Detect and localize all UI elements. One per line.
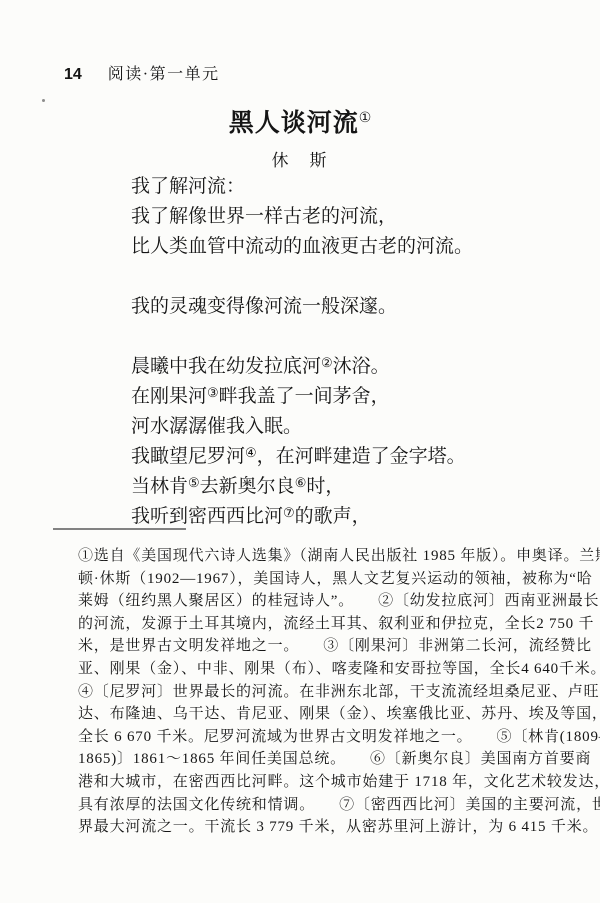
poem-line: 河水潺潺催我入眠。 — [131, 412, 473, 442]
poem-title: 黑人谈河流① — [0, 100, 600, 140]
poem-author: 休 斯 — [0, 146, 600, 171]
footnote-line: ①选自《美国现代六诗人选集》（湖南人民出版社 1985 年版）。申奥译。兰斯 — [78, 545, 583, 568]
poem-title-text: 黑人谈河流 — [229, 109, 359, 137]
footnotes: ①选自《美国现代六诗人选集》（湖南人民出版社 1985 年版）。申奥译。兰斯顿·… — [78, 545, 583, 839]
footnote-line: 顿·休斯（1902—1967），美国诗人，黑人文艺复兴运动的领袖，被称为“哈 — [78, 568, 583, 591]
footnote-line: 1865)〕1861～1865 年间任美国总统。 ⑥〔新奥尔良〕美国南方首要商 — [78, 748, 583, 771]
page-header: 14 阅读·第一单元 — [64, 61, 220, 84]
footnote-line: 界最大河流之一。干流长 3 779 千米，从密苏里河上游计，为 6 415 千米… — [78, 816, 583, 839]
footnote-line: 港和大城市，在密西西比河畔。这个城市始建于 1718 年，文化艺术较发达， — [78, 771, 583, 794]
poem-line: 比人类血管中流动的血液更古老的河流。 — [131, 232, 473, 262]
poem-body: 我了解河流：我了解像世界一样古老的河流，比人类血管中流动的血液更古老的河流。我的… — [131, 172, 473, 532]
poem-line: 当林肯⑤去新奥尔良⑥时， — [131, 472, 473, 502]
footnote-line: 米，是世界古文明发祥地之一。 ③〔刚果河〕非洲第二长河，流经赞比 — [78, 635, 583, 658]
poem-stanza: 我了解河流：我了解像世界一样古老的河流，比人类血管中流动的血液更古老的河流。 — [131, 172, 473, 262]
footnote-line: ④〔尼罗河〕世界最长的河流。在非洲东北部，干支流流经坦桑尼亚、卢旺 — [78, 681, 583, 704]
footnote-separator — [53, 528, 186, 530]
title-note-ref: ① — [359, 109, 372, 125]
poem-stanza: 我的灵魂变得像河流一般深邃。 — [131, 292, 473, 322]
poem-line: 在刚果河③畔我盖了一间茅舍， — [131, 382, 473, 412]
poem-line: 晨曦中我在幼发拉底河②沐浴。 — [131, 352, 473, 382]
footnote-line: 莱姆（纽约黑人聚居区）的桂冠诗人”。 ②〔幼发拉底河〕西南亚洲最长 — [78, 590, 583, 613]
footnote-line: 具有浓厚的法国文化传统和情调。 ⑦〔密西西比河〕美国的主要河流，世 — [78, 794, 583, 817]
footnote-line: 达、布隆迪、乌干达、肯尼亚、刚果（金）、埃塞俄比亚、苏丹、埃及等国， — [78, 703, 583, 726]
page-number: 14 — [64, 66, 82, 84]
poem-stanza: 晨曦中我在幼发拉底河②沐浴。在刚果河③畔我盖了一间茅舍，河水潺潺催我入眠。我瞰望… — [131, 352, 473, 532]
poem-line: 我了解像世界一样古老的河流， — [131, 202, 473, 232]
footnote-line: 的河流，发源于土耳其境内，流经土耳其、叙利亚和伊拉克，全长2 750 千 — [78, 613, 583, 636]
footnote-line: 亚、刚果（金）、中非、刚果（布）、喀麦隆和安哥拉等国，全长4 640千米。 — [78, 658, 583, 681]
poem-line: 我了解河流： — [131, 172, 473, 202]
section-title: 阅读·第一单元 — [108, 61, 220, 84]
footnote-line: 全长 6 670 千米。尼罗河流域为世界古文明发祥地之一。 ⑤〔林肯(1809— — [78, 726, 583, 749]
poem-line: 我瞰望尼罗河④，在河畔建造了金字塔。 — [131, 442, 473, 472]
poem-line: 我的灵魂变得像河流一般深邃。 — [131, 292, 473, 322]
textbook-page: 14 阅读·第一单元 黑人谈河流① 休 斯 我了解河流：我了解像世界一样古老的河… — [0, 0, 600, 903]
